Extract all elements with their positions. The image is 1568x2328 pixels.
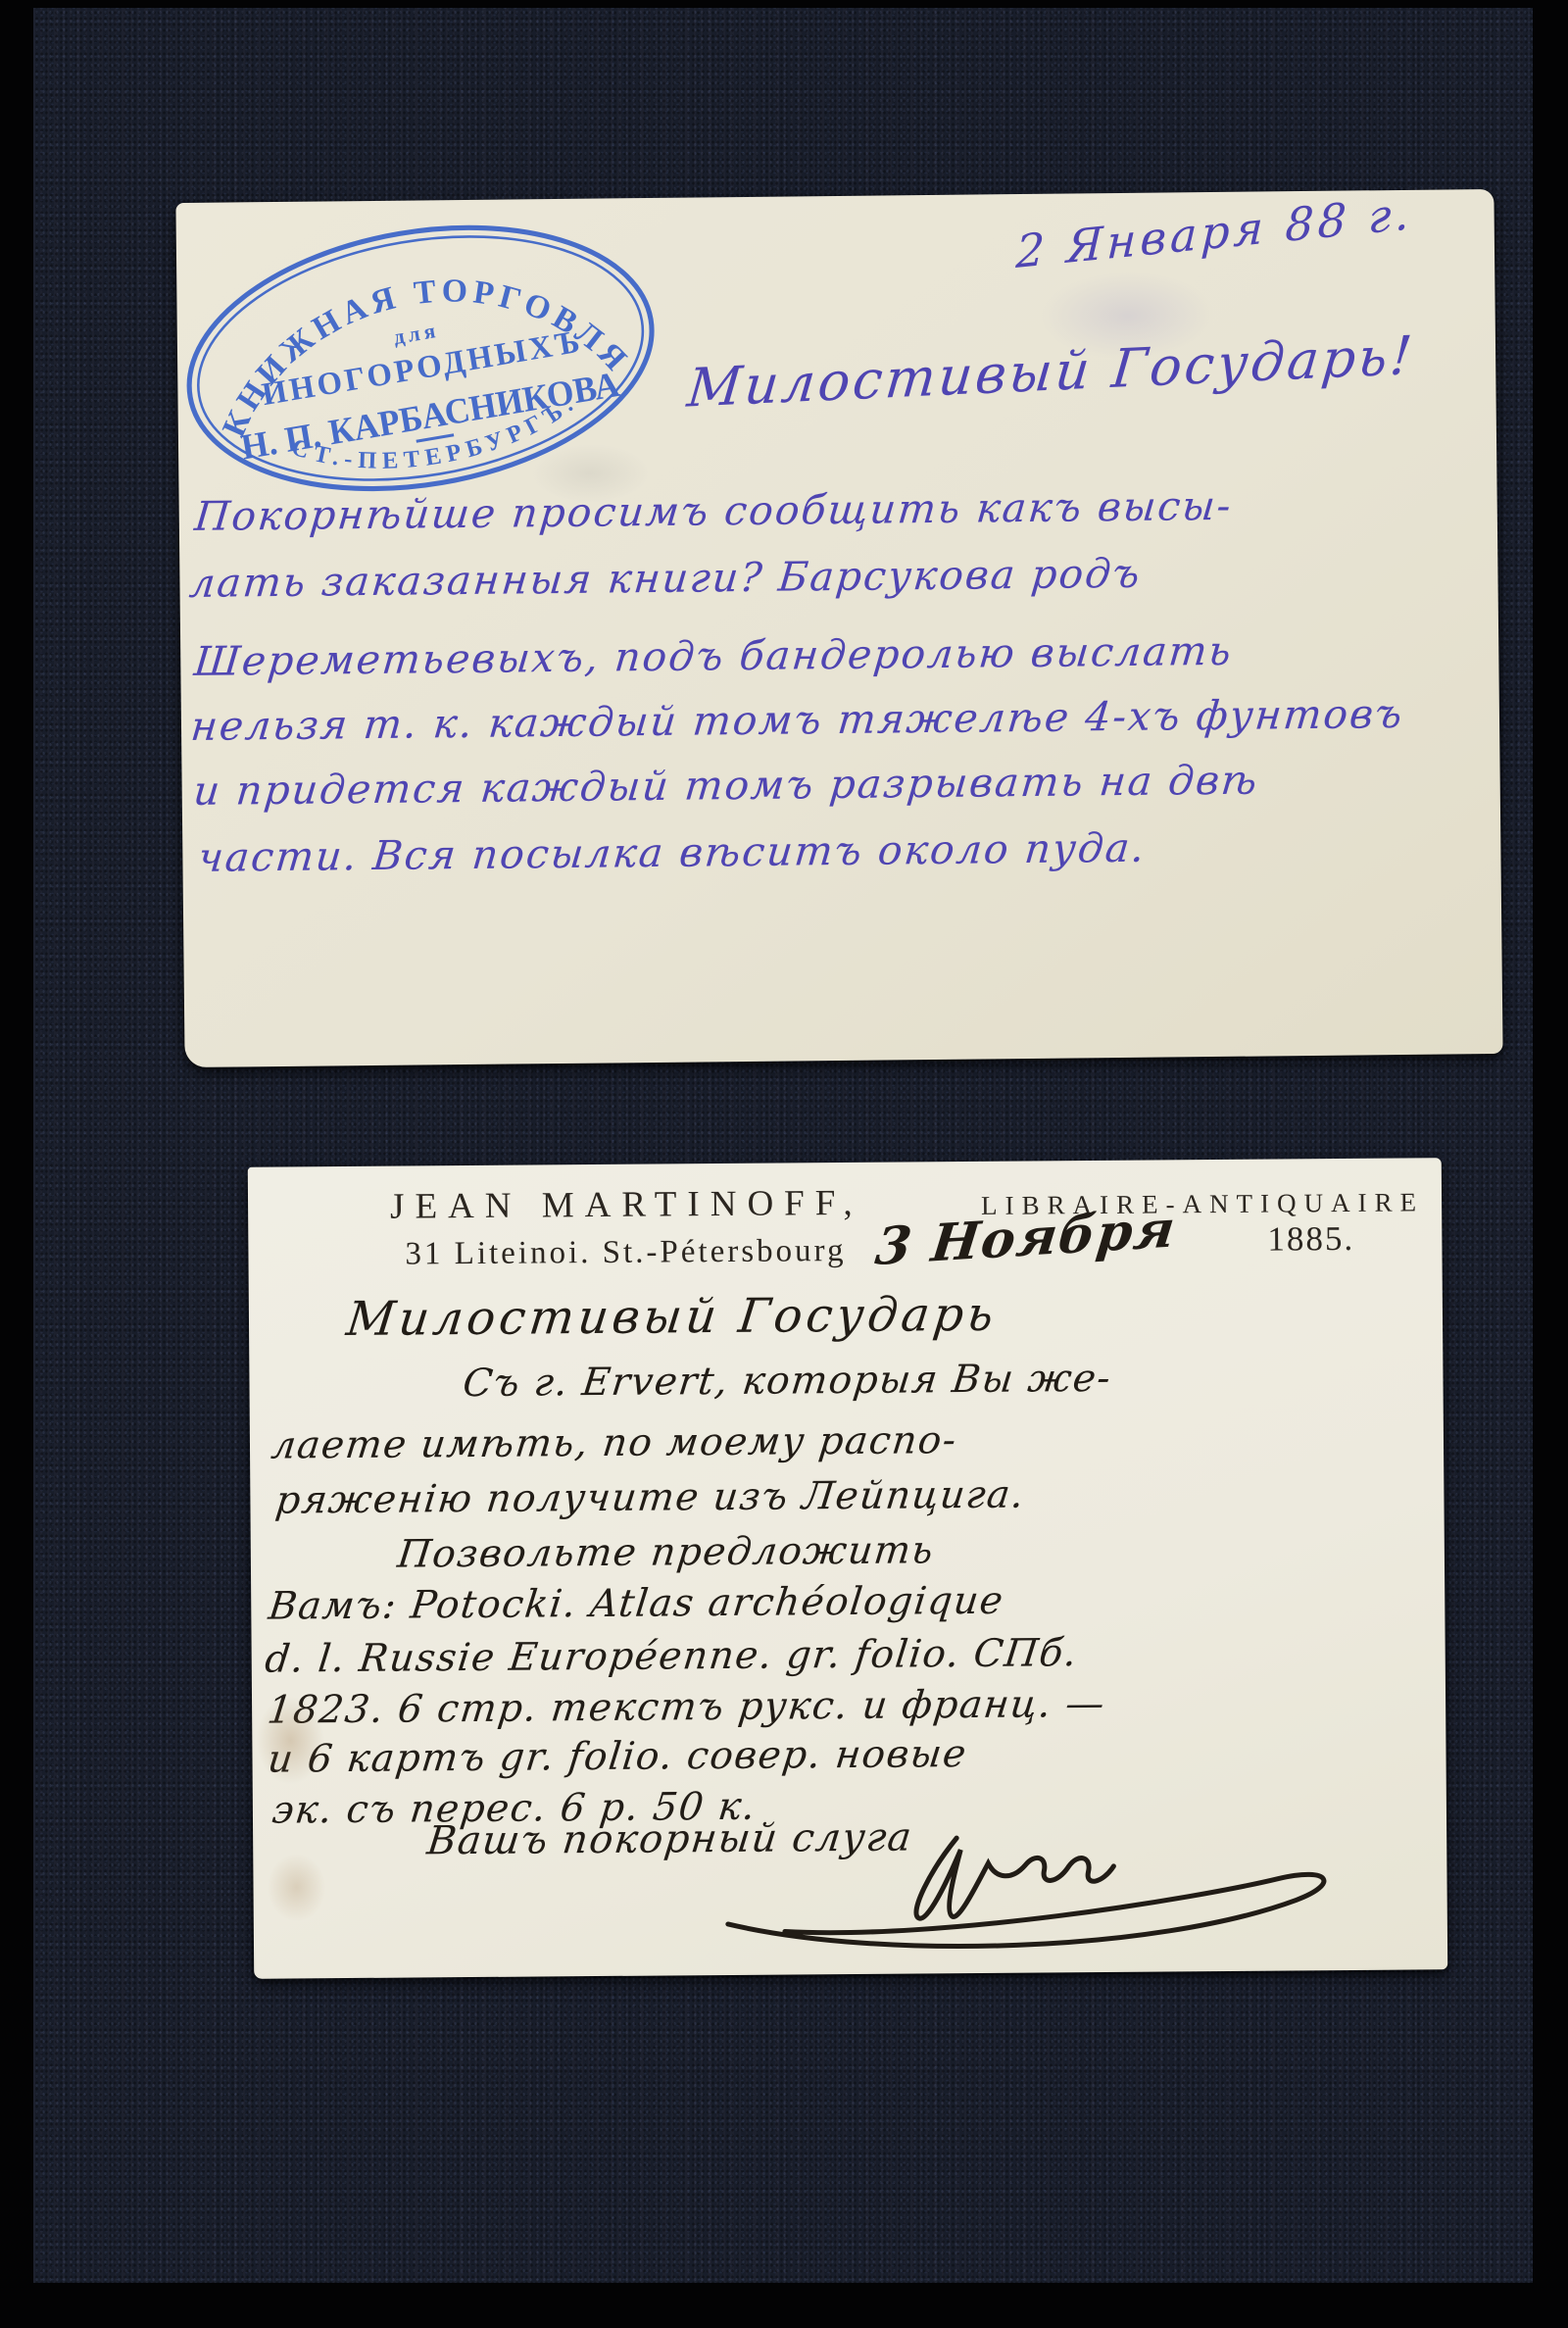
card2-line-3: ряженію получите изъ Лейпцига. [273, 1473, 1027, 1523]
postcard-karbasnikov: КНИЖНАЯ ТОРГОВЛЯ для ИНОГОРОДНЫХЪ Н. П. … [175, 189, 1502, 1067]
card2-handwritten-date: 3 Ноября [872, 1199, 1179, 1277]
card1-line-3: Шереметьевыхъ, подъ бандеролью выслать [192, 627, 1235, 685]
bookshop-oval-stamp: КНИЖНАЯ ТОРГОВЛЯ для ИНОГОРОДНЫХЪ Н. П. … [175, 189, 680, 529]
card2-salutation: Милостивый Государь [344, 1287, 1001, 1347]
card2-line-5: Вамъ: Potocki. Atlas archéologique [267, 1579, 1006, 1629]
album-page-photo: КНИЖНАЯ ТОРГОВЛЯ для ИНОГОРОДНЫХЪ Н. П. … [0, 0, 1568, 2328]
foxing-stain [267, 1853, 326, 1921]
stamp-preposition-text: для [392, 319, 441, 349]
card2-line-7: 1823. 6 стр. текстъ рукс. и франц. — [266, 1682, 1108, 1733]
card2-line-8: и 6 картъ gr. folio. совер. новые [266, 1732, 969, 1782]
card1-line-2: лать заказанныя книги? Барсукова родъ [187, 550, 1144, 607]
card2-line-6: d. l. Russie Européenne. gr. folio. СПб. [263, 1631, 1080, 1682]
card2-line-4: Позвольте предложить [395, 1528, 936, 1576]
card1-date: 2 Января 88 г. [1015, 189, 1414, 278]
letterhead-address: 31 Liteinoi. St.-Pétersbourg [405, 1233, 846, 1273]
card1-line-1: Покорнѣйше просимъ сообщить какъ высы- [192, 482, 1234, 540]
card2-line-2: лаете имѣть, по моему распо- [269, 1418, 959, 1468]
letterhead-year: 1885. [1267, 1219, 1354, 1260]
card1-line-4: нельзя т. к. каждый томъ тяжелѣе 4-хъ фу… [189, 690, 1406, 750]
letterhead-name: JEAN MARTINOFF, [390, 1182, 863, 1228]
card-jean-martinoff: JEAN MARTINOFF, LIBRAIRE-ANTIQUAIRE 31 L… [248, 1158, 1447, 1979]
card1-line-6: части. Вся посылка вѣситъ около пуда. [196, 824, 1149, 881]
card1-line-5: и придется каждый томъ разрывать на двѣ [191, 757, 1260, 815]
card1-salutation: Милостивый Государь! [685, 324, 1418, 420]
card2-line-1: Съ г. Ervert, которыя Вы же- [461, 1357, 1114, 1406]
signature-flourish [645, 1817, 1410, 1970]
felt-background: КНИЖНАЯ ТОРГОВЛЯ для ИНОГОРОДНЫХЪ Н. П. … [33, 8, 1533, 2283]
signature-stroke [727, 1835, 1324, 1948]
